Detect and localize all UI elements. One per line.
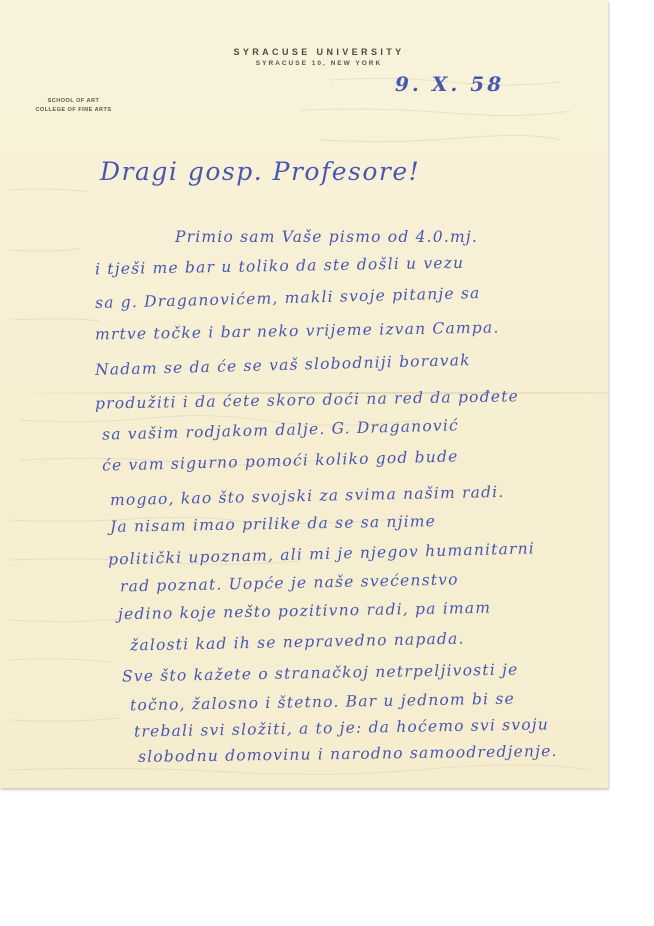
letterhead-address: SYRACUSE 10, NEW YORK <box>0 60 608 67</box>
letter-line: slobodnu domovinu i narodno samoodredjen… <box>138 742 558 766</box>
letter-line: mrtve točke i bar neko vrijeme izvan Cam… <box>95 318 500 343</box>
letter-line: sa g. Draganovićem, makli svoje pitanje … <box>95 284 481 312</box>
letter-date: 9. X. 58 <box>395 72 504 96</box>
letter-line: jedino koje nešto pozitivno radi, pa ima… <box>118 599 491 624</box>
letter-line: žalosti kad ih se nepravedno napada. <box>130 629 465 654</box>
letter-line: rad poznat. Uopće je naše svećenstvo <box>120 570 459 595</box>
letterhead-department: SCHOOL OF ART COLLEGE OF FINE ARTS <box>26 97 121 115</box>
letter-line: i tješi me bar u toliko da ste došli u v… <box>95 254 465 278</box>
letter-line: Primio sam Vaše pismo od 4.0.mj. <box>175 228 478 246</box>
letter-line: sa vašim rodjakom dalje. G. Draganović <box>102 416 459 443</box>
letter-line: će vam sigurno pomoći koliko god bude <box>102 447 459 474</box>
letter-line: mogao, kao što svojski za svima našim ra… <box>110 483 505 509</box>
department-line-2: COLLEGE OF FINE ARTS <box>26 106 121 115</box>
letter-line: politički upoznam, ali mi je njegov huma… <box>108 539 535 568</box>
letter-paper: SYRACUSE UNIVERSITY SYRACUSE 10, NEW YOR… <box>0 0 608 788</box>
letter-line: trebali svi složiti, a to je: da hoćemo … <box>134 715 549 740</box>
letter-line: Sve što kažete o stranačkoj netrpeljivos… <box>122 661 519 686</box>
letter-line: Ja nisam imao prilike da se sa njime <box>110 512 436 536</box>
letter-line: Nadam se da će se vaš slobodniji boravak <box>95 351 471 379</box>
letter-salutation: Dragi gosp. Profesore! <box>100 157 420 186</box>
letterhead-institution: SYRACUSE UNIVERSITY <box>0 47 608 57</box>
department-line-1: SCHOOL OF ART <box>26 97 121 106</box>
letter-line: točno, žalosno i štetno. Bar u jednom bi… <box>130 690 515 715</box>
